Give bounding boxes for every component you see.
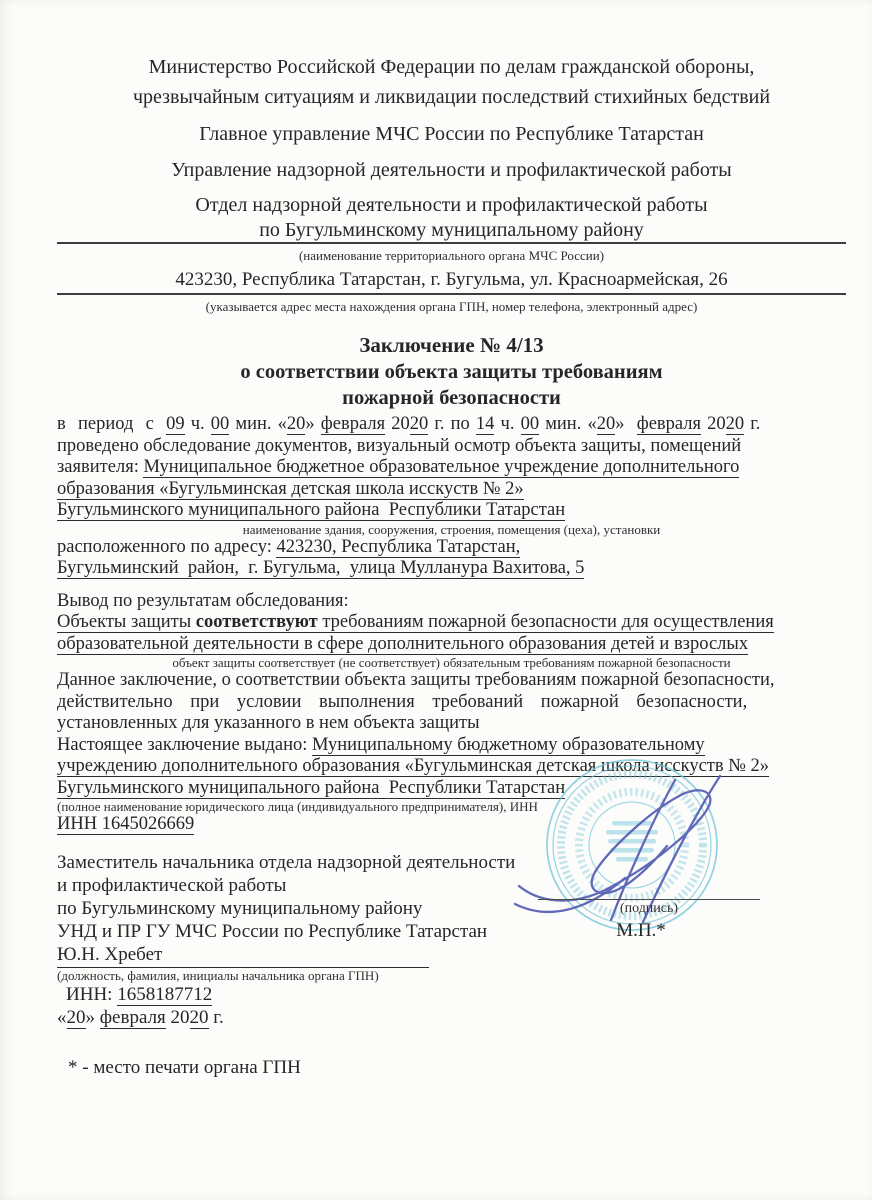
hour-to-field: 14 <box>476 414 495 435</box>
conclusion-result-line1: Объекты защиты соответствуют требованиям… <box>57 612 846 634</box>
school-name-field: образования «Бугульминская детская школа… <box>57 479 524 500</box>
object-address-field1: 423230, Республика Татарстан, <box>276 537 520 558</box>
seal-area: (подпись) М.П.* <box>505 742 805 972</box>
object-address-line: расположенного по адресу: 423230, Респуб… <box>57 537 846 559</box>
district-field: Бугульминского муниципального района Рес… <box>57 500 565 521</box>
issue-year-field: 20 <box>190 1007 209 1029</box>
survey-description-line: проведено обследование документов, визуа… <box>57 436 846 458</box>
hour-from-field: 09 <box>166 414 185 435</box>
compliance-caption: объект защиты соответствует (не соответс… <box>57 655 846 670</box>
organization-inn-field: ИНН 1645026669 <box>57 814 194 835</box>
object-address-line2: Бугульминский район, г. Бугульма, улица … <box>57 558 846 580</box>
signature-caption: (подпись) <box>538 901 760 917</box>
stamp-place-note: * - место печати органа ГПН <box>57 1056 846 1079</box>
object-address-field2: Бугульминский район, г. Бугульма, улица … <box>57 558 584 579</box>
ministry-name-line2: чрезвычайным ситуациям и ликвидации посл… <box>57 82 846 112</box>
period-text: в период с <box>57 414 166 434</box>
applicant-line2: образования «Бугульминская детская школа… <box>57 479 846 501</box>
title-line3: пожарной безопасности <box>57 386 846 410</box>
department-line1: Отдел надзорной деятельности и профилакт… <box>57 193 846 218</box>
stamp-place-label: М.П.* <box>538 920 744 942</box>
minute-from-field: 00 <box>211 414 230 435</box>
territorial-organ-block: Отдел надзорной деятельности и профилакт… <box>57 193 846 244</box>
applicant-line: заявителя: Муниципальное бюджетное образ… <box>57 457 846 479</box>
title-line2: о соответствии объекта защиты требования… <box>57 359 846 386</box>
validity-line1: Данное заключение, о соответствии объект… <box>57 670 846 692</box>
scanned-document-page: Министерство Российской Федерации по дел… <box>0 0 872 1200</box>
issue-day-field: 20 <box>67 1007 86 1029</box>
organ-address-caption: (указывается адрес места нахождения орга… <box>57 295 846 316</box>
applicant-line3: Бугульминского муниципального района Рес… <box>57 500 846 522</box>
minute-to-field: 00 <box>521 414 540 435</box>
day-from-field: 20 <box>287 414 306 435</box>
month-from-field: февраля <box>321 414 385 435</box>
document-title: Заключение № 4/13 о соответствии объекта… <box>57 331 846 410</box>
month-to-field: февраля <box>637 414 701 435</box>
inspector-inn-line: ИНН: 1658187712 <box>57 983 846 1006</box>
ministry-name-line1: Министерство Российской Федерации по дел… <box>57 52 846 82</box>
main-department: Главное управление МЧС России по Республ… <box>57 121 846 148</box>
conclusion-result-line2: образовательной деятельности в сфере доп… <box>57 634 846 656</box>
applicant-name-field: Муниципальное бюджетное образовательное … <box>143 457 739 478</box>
inspector-inn-field: 1658187712 <box>117 984 212 1006</box>
year-to-field: 20 <box>726 414 745 435</box>
conclusion-heading: Вывод по результатам обследования: <box>57 591 846 613</box>
issue-month-field: февраля <box>100 1007 166 1029</box>
territorial-organ-caption: (наименование территориального органа МЧ… <box>57 244 846 265</box>
day-to-field: 20 <box>597 414 616 435</box>
document-header: Министерство Российской Федерации по дел… <box>57 52 846 316</box>
validity-line2: действительно при условии выполнения тре… <box>57 692 846 714</box>
inspection-period-line: в период с 09 ч. 00 мин. «20» февраля 20… <box>57 414 846 436</box>
management-name: Управление надзорной деятельности и проф… <box>57 157 846 184</box>
object-name-caption: наименование здания, сооружения, строени… <box>57 522 846 537</box>
official-name-field: Ю.Н. Хребет <box>57 943 429 968</box>
organ-address: 423230, Республика Татарстан, г. Бугульм… <box>57 265 846 295</box>
validity-line3: установленных для указанного в нем объек… <box>57 713 846 735</box>
issue-date-line: «20» февраля 2020 г. <box>57 1006 846 1029</box>
compliance-verdict: соответствуют <box>196 612 318 632</box>
department-line2: по Бугульминскому муниципальному району <box>57 218 846 242</box>
year-from-field: 20 <box>410 414 429 435</box>
title-number: Заключение № 4/13 <box>57 331 846 359</box>
signature-rule <box>538 899 760 900</box>
